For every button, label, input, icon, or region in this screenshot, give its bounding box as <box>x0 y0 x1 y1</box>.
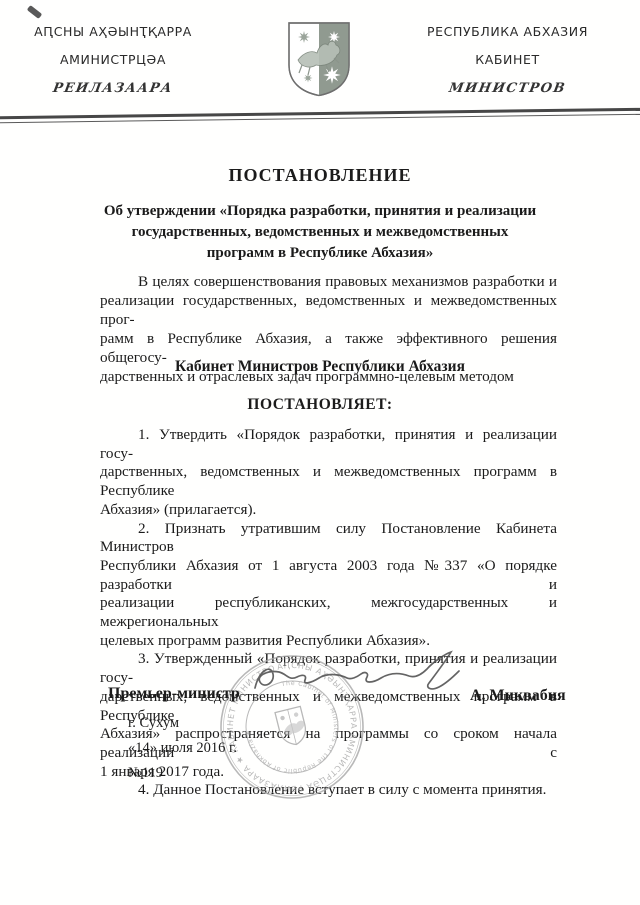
document-title: ПОСТАНОВЛЕНИЕ <box>0 165 640 186</box>
item-line: реализации республиканских, межгосударст… <box>100 594 557 631</box>
item-line: Абхазия» (прилагается). <box>100 501 557 520</box>
subject-line2: государственных, ведомственных и межведо… <box>70 222 570 243</box>
decree-item-2: 2. Признать утратившим силу Постановлени… <box>100 520 557 651</box>
header-left: АԤСНЫ АҲӘЫНҬҚАРРА АМИНИСТРЦӘА РЕИЛАЗААРА <box>18 24 208 109</box>
decree-number: №119 <box>128 765 163 782</box>
header-right-line1: РЕСПУБЛИКА АБХАЗИЯ <box>400 24 615 39</box>
subject-line1: Об утверждении «Порядка разработки, прин… <box>70 201 570 222</box>
header-right: РЕСПУБЛИКА АБХАЗИЯ КАБИНЕТ МИНИСТРОВ <box>400 24 615 109</box>
preamble-line: реализации государственных, ведомственны… <box>100 291 557 329</box>
signature-image <box>247 646 467 710</box>
coat-of-arms-icon <box>286 20 352 98</box>
signer-name: А. Миквабия <box>470 687 566 705</box>
header-left-line1: АԤСНЫ АҲӘЫНҬҚАРРА <box>18 24 208 39</box>
item-line: 1. Утвердить «Порядок разработки, принят… <box>100 426 557 463</box>
decree-item-1: 1. Утвердить «Порядок разработки, принят… <box>100 426 557 520</box>
item-line: 2. Признать утратившим силу Постановлени… <box>100 520 557 557</box>
signing-city: г. Сухум <box>128 715 179 732</box>
subject-line3: программ в Республике Абхазия» <box>70 243 570 264</box>
signing-date: «14» июля 2016 г. <box>128 740 237 757</box>
signer-post: Премьер-министр <box>108 685 240 703</box>
item-line: дарственных, ведомственных и межведомств… <box>100 463 557 500</box>
decree-word: ПОСТАНОВЛЯЕТ: <box>0 396 640 414</box>
header-divider <box>0 108 640 124</box>
header-right-line3: МИНИСТРОВ <box>448 81 568 96</box>
header-right-line2: КАБИНЕТ <box>400 52 615 67</box>
preamble-line: В целях совершенствования правовых механ… <box>100 272 557 291</box>
resolver-line: Кабинет Министров Республики Абхазия <box>0 358 640 376</box>
document-subject: Об утверждении «Порядка разработки, прин… <box>70 201 570 264</box>
scan-artifact <box>27 5 43 19</box>
header-left-line3: РЕИЛАЗААРА <box>52 81 175 96</box>
header-left-line2: АМИНИСТРЦӘА <box>18 52 208 67</box>
item-line: Республики Абхазия от 1 августа 2003 год… <box>100 557 557 594</box>
document-page: АԤСНЫ АҲӘЫНҬҚАРРА АМИНИСТРЦӘА РЕИЛАЗААРА <box>0 0 640 905</box>
